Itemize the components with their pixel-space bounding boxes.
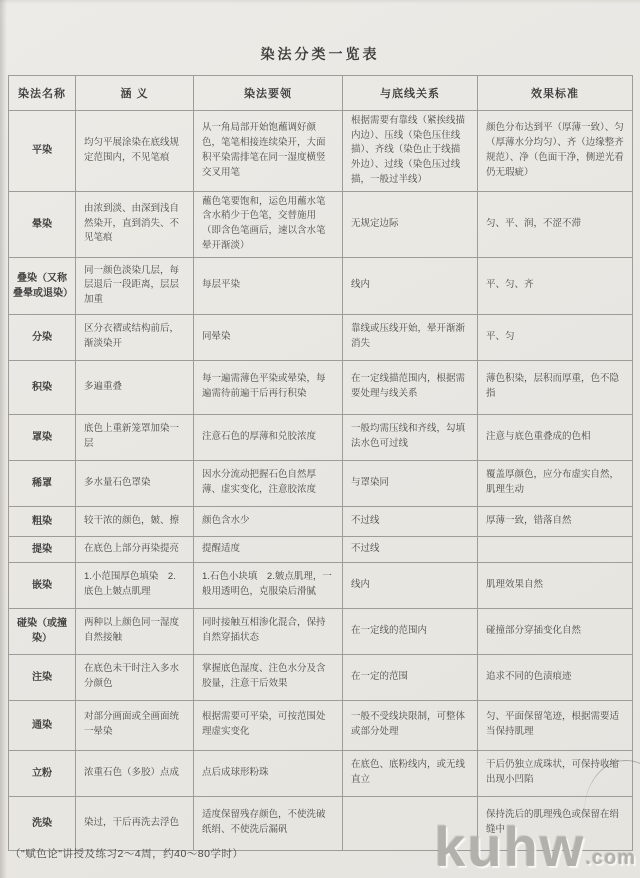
cell-line-relation: 一般不受线块限制，可整体或部分处理 [343,700,478,750]
table-row: 积染 多遍重叠 每一遍需薄色平染或晕染，每遍需待前遍干后再行积染 在一定线描范围… [9,360,633,414]
cell-meaning: 1.小范围厚色填染 2.底色上皴点肌理 [76,562,194,608]
cell-line-relation: 根据需要有靠线（紧挨线描内边）、压线（染色压住线描）、齐线（染色止于线描外边）、… [343,111,478,192]
table-row: 碰染（或撞染） 两种以上颜色同一湿度自然接触 同时接触互相渗化混合，保持自然穿插… [9,608,633,654]
cell-technique: 根据需要可平染，可按范围处理虚实变化 [194,700,343,750]
cell-standard: 肌理效果自然 [478,562,633,608]
cell-line-relation: 在一定的范围 [343,654,478,700]
table-row: 罩染 底色上重新笼罩加染一层 注意石色的厚薄和兑胶浓度 一般均需压线和齐线，勾填… [9,414,633,460]
cell-meaning: 多水量石色罩染 [76,460,194,506]
cell-standard: 注意与底色重叠成的色相 [478,414,633,460]
cell-meaning: 在底色上部分再染提亮 [76,536,194,562]
cell-meaning: 由浓到淡、由深到浅自然染开，直到消失、不见笔痕 [76,191,194,257]
cell-meaning: 区分衣褶或结构前后，渐淡染开 [76,314,194,360]
table-row: 稀罩 多水量石色罩染 因水分流动把握石色自然厚薄、虚实变化，注意胶浓度 与罩染同… [9,460,633,506]
cell-technique: 每一遍需薄色平染或晕染，每遍需待前遍干后再行积染 [194,360,343,414]
cell-line-relation: 不过线 [343,536,478,562]
cell-standard: 追求不同的色渍痕迹 [478,654,633,700]
cell-meaning: 浓重石色（多胶）点成 [76,750,194,796]
page-title: 染法分类一览表 [0,44,640,64]
cell-meaning: 较干浓的颜色，皴、擦 [76,506,194,536]
header-standard: 效果标准 [478,76,633,111]
cell-technique: 掌握底色湿度、注色水分及含胶量，注意干后效果 [194,654,343,700]
cell-line-relation: 在一定线描范围内，根据需要处理与线关系 [343,360,478,414]
table-row: 注染 在底色未干时注入多水分颜色 掌握底色湿度、注色水分及含胶量，注意干后效果 … [9,654,633,700]
cell-method-name: 罩染 [9,414,76,460]
cell-meaning: 两种以上颜色同一湿度自然接触 [76,608,194,654]
table-body: 平染 均匀平展涂染在底线规定范围内，不见笔痕 从一角局部开始饱蘸调好颜色，笔笔相… [9,111,633,851]
footnote: （"赋色论"讲授及练习2～4周，约40～80学时） [10,846,244,861]
cell-meaning: 染过，干后再洗去浮色 [76,796,194,850]
cell-standard: 平、匀 [478,314,633,360]
cell-line-relation: 线内 [343,562,478,608]
table-row: 嵌染 1.小范围厚色填染 2.底色上皴点肌理 1.石色小块填 2.皴点肌理，一般… [9,562,633,608]
cell-technique: 同晕染 [194,314,343,360]
cell-standard: 匀、平面保留笔迹，根据需要适当保持肌理 [478,700,633,750]
cell-meaning: 对部分画面或全画面统一晕染 [76,700,194,750]
cell-technique: 1.石色小块填 2.皴点肌理，一般用透明色，克服染后滑腻 [194,562,343,608]
table-row: 立粉 浓重石色（多胶）点成 点后成球形粉珠 在底色、底粉线内，或无线直立 干后仍… [9,750,633,796]
table-row: 洗染 染过，干后再洗去浮色 适度保留残存颜色，不使洗破纸绢、不使洗后漏矾 保持洗… [9,796,633,850]
cell-standard: 保持洗后的肌理残色或保留在绢缝中 [478,796,633,850]
cell-technique: 点后成球形粉珠 [194,750,343,796]
cell-method-name: 叠染（又称叠晕或退染） [9,257,76,314]
cell-line-relation: 在一定线的范围内 [343,608,478,654]
cell-standard: 干后仍独立成珠状，可保持收缩出现小凹陷 [478,750,633,796]
cell-standard: 颜色分布达到平（厚薄一致）、匀（厚薄水分均匀）、齐（边缘整齐规范）、净（色面干净… [478,111,633,192]
cell-standard [478,536,633,562]
table-row: 粗染 较干浓的颜色，皴、擦 颜色含水少 不过线 厚薄一致，错落自然 [9,506,633,536]
table-row: 平染 均匀平展涂染在底线规定范围内，不见笔痕 从一角局部开始饱蘸调好颜色，笔笔相… [9,111,633,192]
cell-line-relation: 一般均需压线和齐线，勾填法水色可过线 [343,414,478,460]
cell-method-name: 稀罩 [9,460,76,506]
cell-method-name: 平染 [9,111,76,192]
cell-line-relation: 靠线或压线开始，晕开渐渐消失 [343,314,478,360]
cell-technique: 因水分流动把握石色自然厚薄、虚实变化，注意胶浓度 [194,460,343,506]
table-row: 叠染（又称叠晕或退染） 同一颜色淡染几层，每层退后一段距离，层层加重 每层平染 … [9,257,633,314]
cell-method-name: 通染 [9,700,76,750]
cell-line-relation: 在底色、底粉线内，或无线直立 [343,750,478,796]
cell-line-relation [343,796,478,850]
cell-meaning: 同一颜色淡染几层，每层退后一段距离，层层加重 [76,257,194,314]
cell-method-name: 积染 [9,360,76,414]
cell-standard: 薄色积染，层积而厚重，色不隐指 [478,360,633,414]
cell-method-name: 嵌染 [9,562,76,608]
cell-standard: 匀、平、润，不涩不滞 [478,191,633,257]
table-row: 提染 在底色上部分再染提亮 提醒适度 不过线 [9,536,633,562]
cell-meaning: 底色上重新笼罩加染一层 [76,414,194,460]
scanned-page: 染法分类一览表 染法名称 涵 义 染法要领 与底线关系 效果标准 平染 均匀平展… [0,0,640,878]
cell-technique: 提醒适度 [194,536,343,562]
header-line-relation: 与底线关系 [343,76,478,111]
table-row: 晕染 由浓到淡、由深到浅自然染开，直到消失、不见笔痕 蘸色笔要饱和，运色用蘸水笔… [9,191,633,257]
cell-technique: 每层平染 [194,257,343,314]
cell-technique: 同时接触互相渗化混合，保持自然穿插状态 [194,608,343,654]
table-row: 通染 对部分画面或全画面统一晕染 根据需要可平染，可按范围处理虚实变化 一般不受… [9,700,633,750]
cell-line-relation: 无规定边际 [343,191,478,257]
cell-standard: 碰撞部分穿插变化自然 [478,608,633,654]
table-row: 分染 区分衣褶或结构前后，渐淡染开 同晕染 靠线或压线开始，晕开渐渐消失 平、匀 [9,314,633,360]
cell-method-name: 分染 [9,314,76,360]
cell-meaning: 在底色未干时注入多水分颜色 [76,654,194,700]
cell-standard: 平、匀、齐 [478,257,633,314]
cell-technique: 注意石色的厚薄和兑胶浓度 [194,414,343,460]
cell-method-name: 注染 [9,654,76,700]
cell-line-relation: 不过线 [343,506,478,536]
header-meaning: 涵 义 [76,76,194,111]
cell-technique: 蘸色笔要饱和，运色用蘸水笔含水稍少于色笔，交替施用（即含色笔画后，速以含水笔晕开… [194,191,343,257]
cell-method-name: 晕染 [9,191,76,257]
dye-methods-table: 染法名称 涵 义 染法要领 与底线关系 效果标准 平染 均匀平展涂染在底线规定范… [8,75,633,851]
cell-method-name: 提染 [9,536,76,562]
header-technique: 染法要领 [194,76,343,111]
cell-method-name: 立粉 [9,750,76,796]
cell-method-name: 碰染（或撞染） [9,608,76,654]
cell-meaning: 多遍重叠 [76,360,194,414]
cell-technique: 适度保留残存颜色，不使洗破纸绢、不使洗后漏矾 [194,796,343,850]
cell-standard: 厚薄一致，错落自然 [478,506,633,536]
cell-method-name: 粗染 [9,506,76,536]
cell-method-name: 洗染 [9,796,76,850]
cell-technique: 从一角局部开始饱蘸调好颜色，笔笔相接连续染开，大面积平染需排笔在同一湿度横竖交叉… [194,111,343,192]
header-method-name: 染法名称 [9,76,76,111]
table-header-row: 染法名称 涵 义 染法要领 与底线关系 效果标准 [9,76,633,111]
cell-technique: 颜色含水少 [194,506,343,536]
cell-line-relation: 线内 [343,257,478,314]
cell-standard: 覆盖厚颜色，应分布虚实自然，肌理生动 [478,460,633,506]
cell-meaning: 均匀平展涂染在底线规定范围内，不见笔痕 [76,111,194,192]
cell-line-relation: 与罩染同 [343,460,478,506]
